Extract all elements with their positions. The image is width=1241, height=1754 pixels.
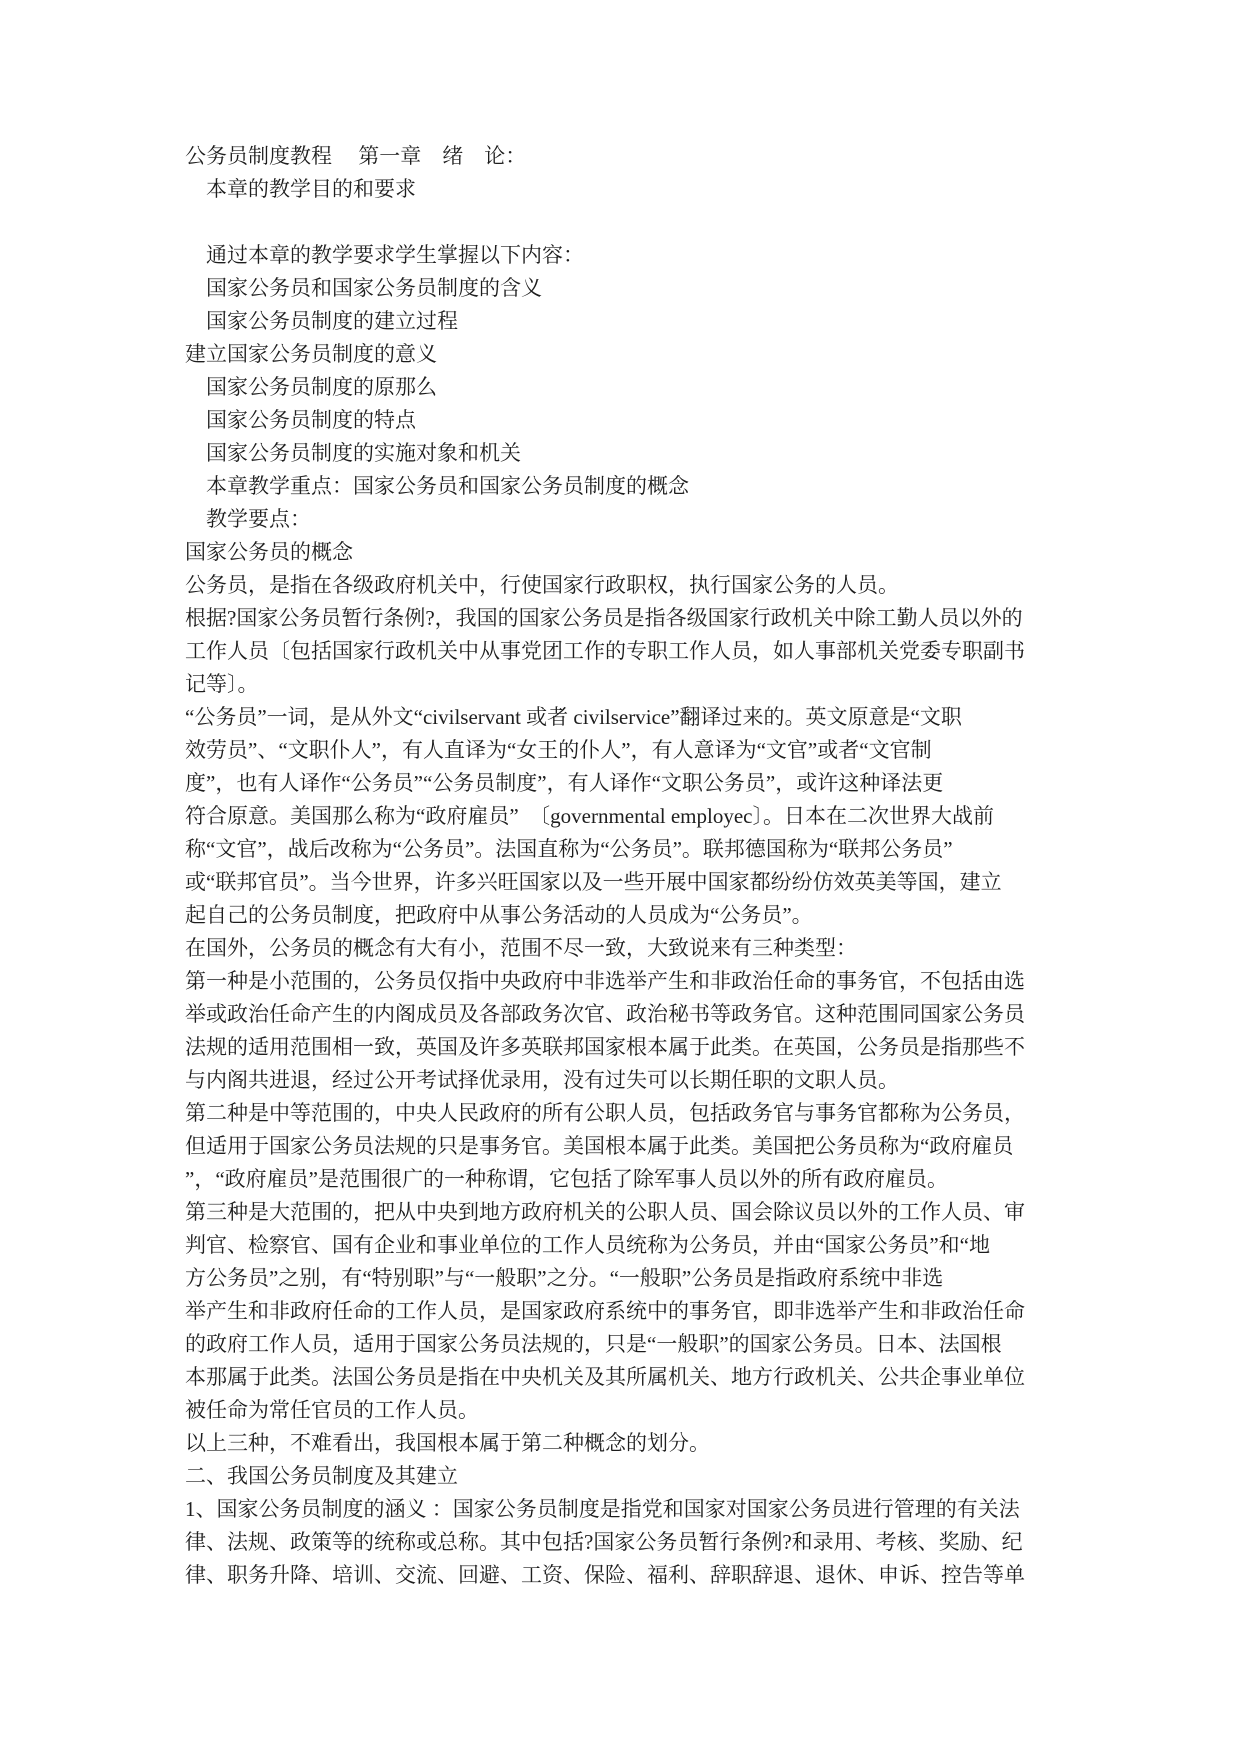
text-line: 国家公务员和国家公务员制度的含义	[185, 272, 1105, 305]
text-line: 建立国家公务员制度的意义	[185, 338, 1105, 371]
text-line: 方公务员”之别，有“特别职”与“一般职”之分。“一般职”公务员是指政府系统中非选	[185, 1262, 1105, 1295]
text-line: 或“联邦官员”。当今世界，许多兴旺国家以及一些开展中国家都纷纷仿效英美等国，建立	[185, 866, 1105, 899]
text-line: 被任命为常任官员的工作人员。	[185, 1394, 1105, 1427]
text-line: 但适用于国家公务员法规的只是事务官。美国根本属于此类。美国把公务员称为“政府雇员	[185, 1130, 1105, 1163]
text-line: 国家公务员制度的建立过程	[185, 305, 1105, 338]
text-line: 举产生和非政府任命的工作人员，是国家政府系统中的事务官，即非选举产生和非政治任命	[185, 1295, 1105, 1328]
document-body: 公务员制度教程 第一章 绪 论： 本章的教学目的和要求 通过本章的教学要求学生掌…	[185, 140, 1105, 1592]
text-line: 第一种是小范围的，公务员仅指中央政府中非选举产生和非政治任命的事务官，不包括由选	[185, 965, 1105, 998]
text-line: 工作人员〔包括国家行政机关中从事党团工作的专职工作人员，如人事部机关党委专职副书	[185, 635, 1105, 668]
text-line: 国家公务员制度的实施对象和机关	[185, 437, 1105, 470]
text-line: 根据?国家公务员暂行条例?，我国的国家公务员是指各级国家行政机关中除工勤人员以外…	[185, 602, 1105, 635]
text-line: 称“文官”，战后改称为“公务员”。法国直称为“公务员”。联邦德国称为“联邦公务员…	[185, 833, 1105, 866]
text-line: 判官、检察官、国有企业和事业单位的工作人员统称为公务员，并由“国家公务员”和“地	[185, 1229, 1105, 1262]
text-line: 国家公务员的概念	[185, 536, 1105, 569]
text-line: 公务员，是指在各级政府机关中，行使国家行政职权，执行国家公务的人员。	[185, 569, 1105, 602]
text-line: 效劳员”、“文职仆人”，有人直译为“女王的仆人”，有人意译为“文官”或者“文官制	[185, 734, 1105, 767]
text-line: ”，“政府雇员”是范围很广的一种称谓，它包括了除军事人员以外的所有政府雇员。	[185, 1163, 1105, 1196]
document-page: 公务员制度教程 第一章 绪 论： 本章的教学目的和要求 通过本章的教学要求学生掌…	[0, 0, 1241, 1754]
text-line: 1、国家公务员制度的涵义 ：国家公务员制度是指党和国家对国家公务员进行管理的有关…	[185, 1493, 1105, 1526]
text-line: 通过本章的教学要求学生掌握以下内容：	[185, 239, 1105, 272]
text-line: 起自己的公务员制度，把政府中从事公务活动的人员成为“公务员”。	[185, 899, 1105, 932]
text-line: 本章教学重点：国家公务员和国家公务员制度的概念	[185, 470, 1105, 503]
text-line: 法规的适用范围相一致，英国及许多英联邦国家根本属于此类。在英国，公务员是指那些不	[185, 1031, 1105, 1064]
text-line: 符合原意。美国那么称为“政府雇员” 〔governmental employec…	[185, 800, 1105, 833]
text-line: 度”，也有人译作“公务员”“公务员制度”，有人译作“文职公务员”，或许这种译法更	[185, 767, 1105, 800]
text-line: 律、法规、政策等的统称或总称。其中包括?国家公务员暂行条例?和录用、考核、奖励、…	[185, 1526, 1105, 1559]
text-line: 与内阁共进退，经过公开考试择优录用，没有过失可以长期任职的文职人员。	[185, 1064, 1105, 1097]
text-line	[185, 206, 1105, 239]
text-line: 教学要点：	[185, 503, 1105, 536]
text-line: 国家公务员制度的特点	[185, 404, 1105, 437]
text-line: 以上三种，不难看出，我国根本属于第二种概念的划分。	[185, 1427, 1105, 1460]
text-line: 律、职务升降、培训、交流、回避、工资、保险、福利、辞职辞退、退休、申诉、控告等单	[185, 1559, 1105, 1592]
text-line: 第二种是中等范围的，中央人民政府的所有公职人员，包括政务官与事务官都称为公务员，	[185, 1097, 1105, 1130]
text-line: 第三种是大范围的，把从中央到地方政府机关的公职人员、国会除议员以外的工作人员、审	[185, 1196, 1105, 1229]
text-line: “公务员”一词，是从外文“civilservant 或者 civilservic…	[185, 701, 1105, 734]
text-line: 本章的教学目的和要求	[185, 173, 1105, 206]
text-line: 的政府工作人员，适用于国家公务员法规的，只是“一般职”的国家公务员。日本、法国根	[185, 1328, 1105, 1361]
text-line: 公务员制度教程 第一章 绪 论：	[185, 140, 1105, 173]
text-line: 二、我国公务员制度及其建立	[185, 1460, 1105, 1493]
text-line: 国家公务员制度的原那么	[185, 371, 1105, 404]
text-line: 记等〕。	[185, 668, 1105, 701]
text-line: 本那属于此类。法国公务员是指在中央机关及其所属机关、地方行政机关、公共企事业单位	[185, 1361, 1105, 1394]
text-line: 在国外，公务员的概念有大有小，范围不尽一致，大致说来有三种类型：	[185, 932, 1105, 965]
text-line: 举或政治任命产生的内阁成员及各部政务次官、政治秘书等政务官。这种范围同国家公务员	[185, 998, 1105, 1031]
